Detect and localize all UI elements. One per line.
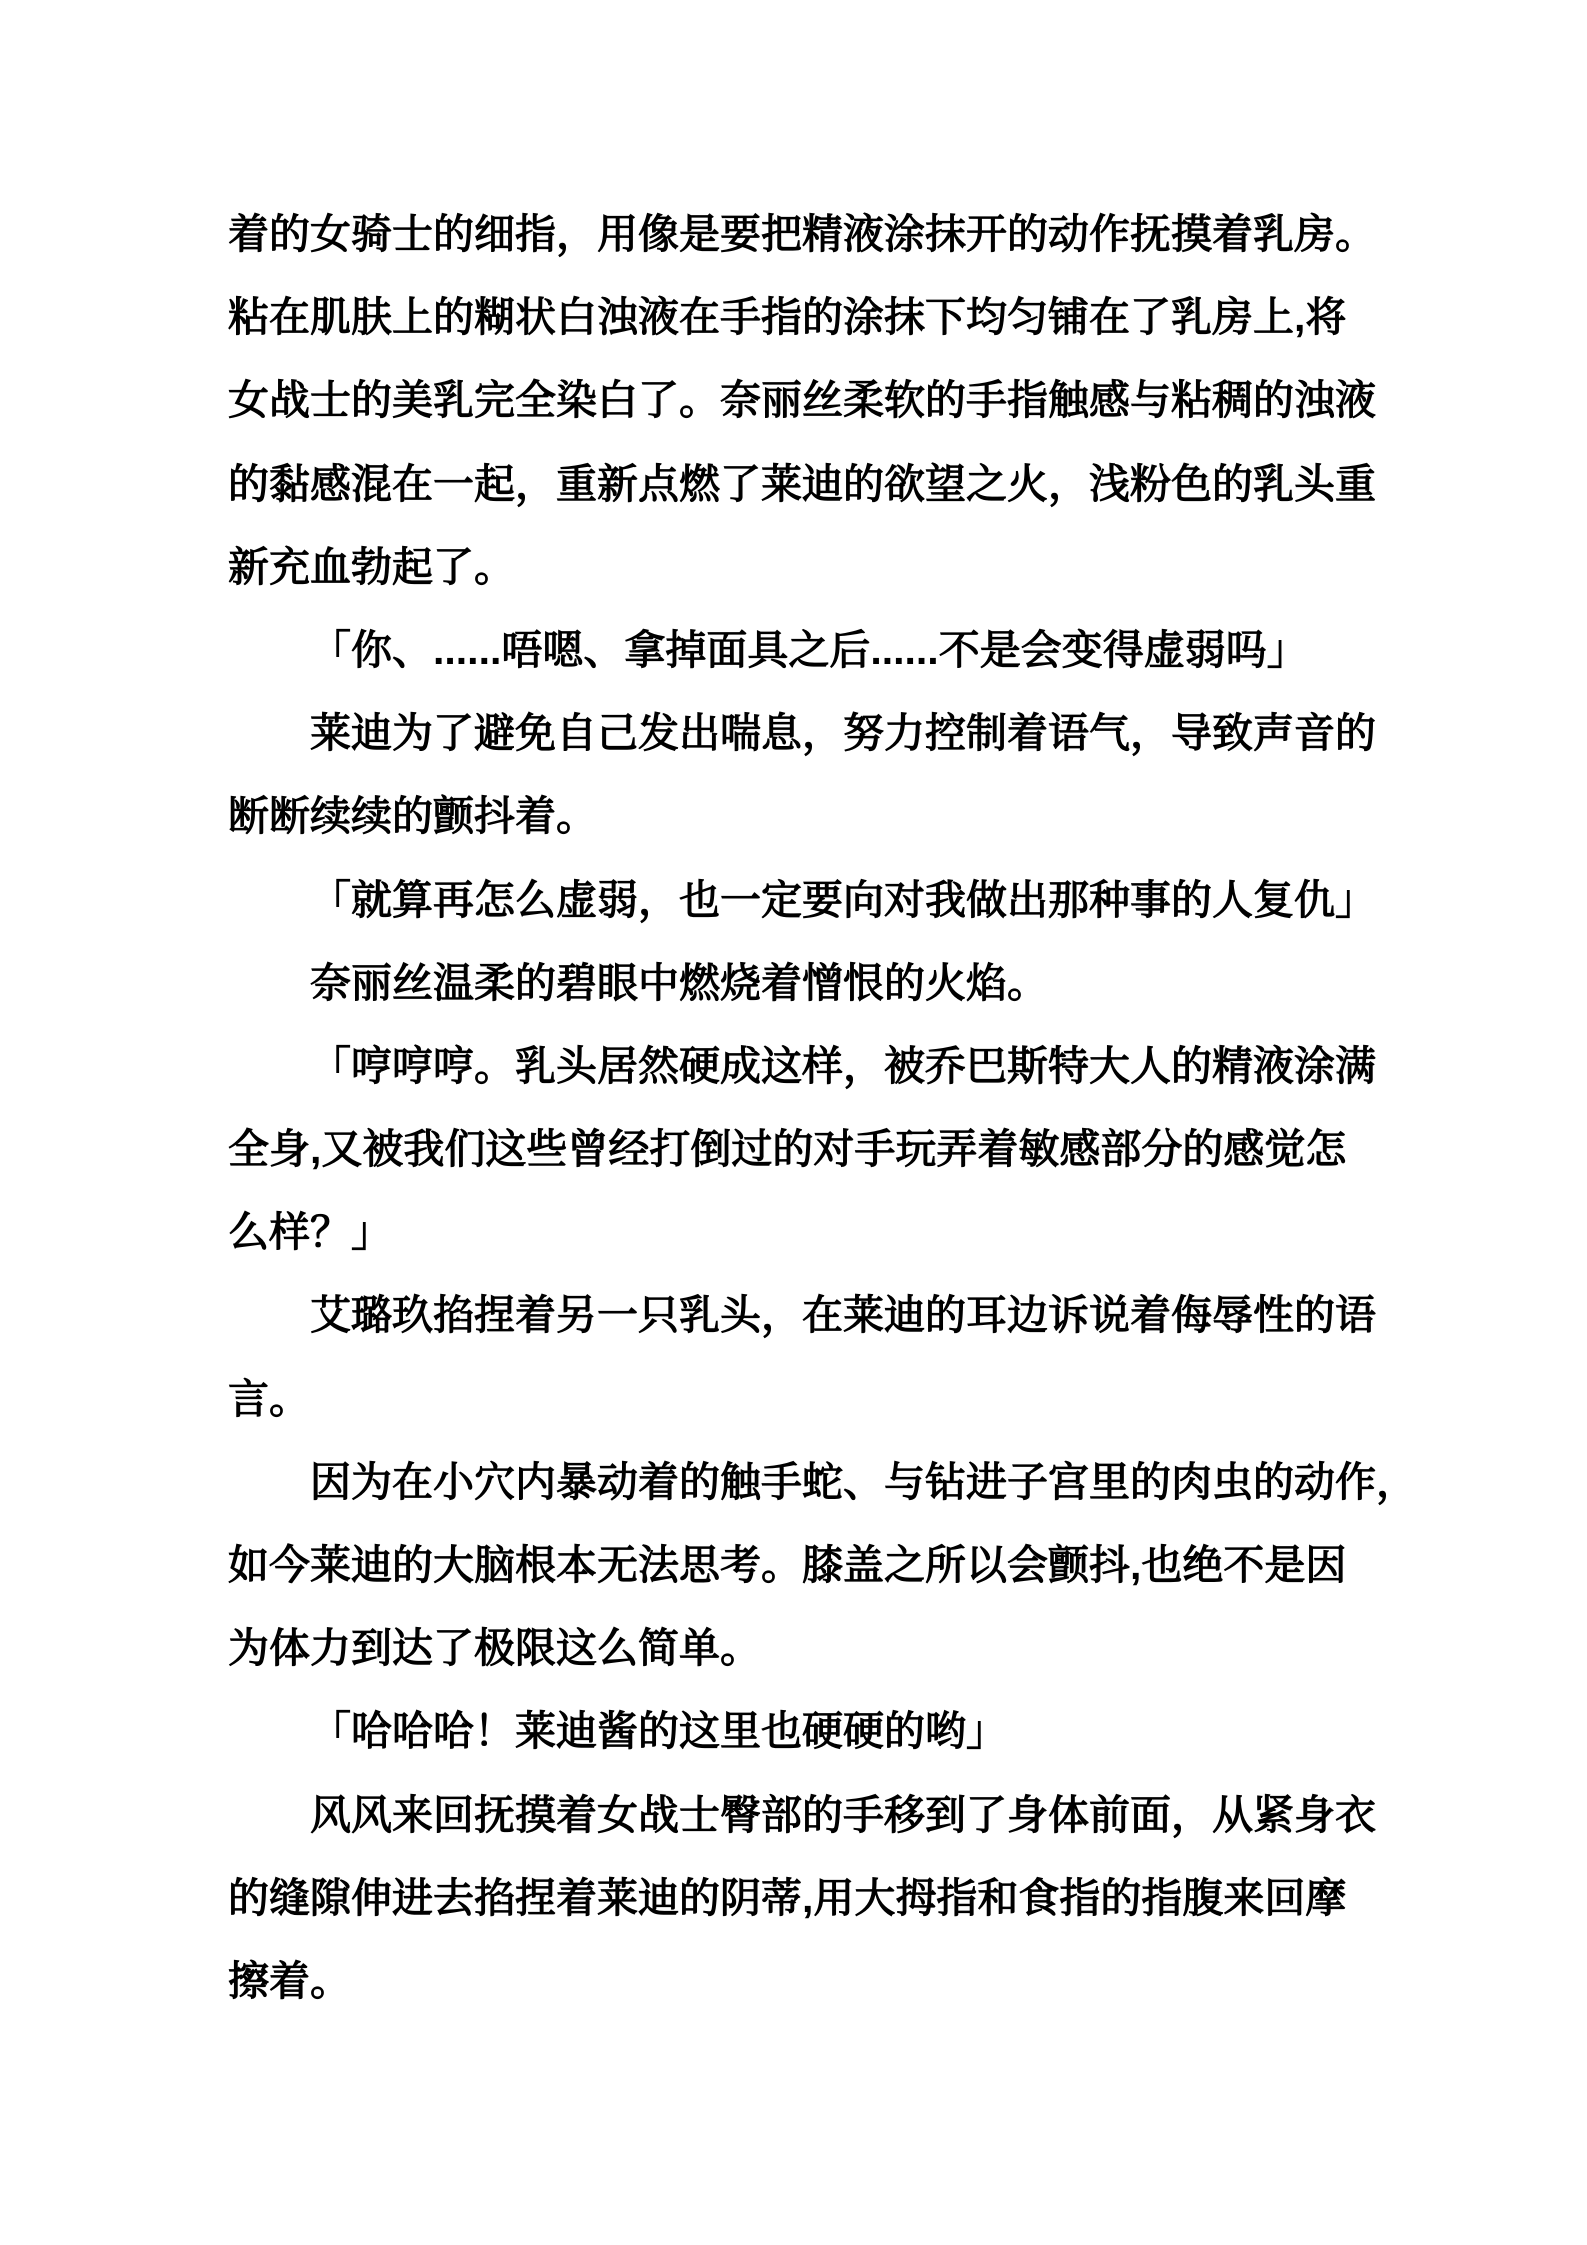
text-line: 「你、......唔嗯、拿掉面具之后......不是会变得虚弱吗」 bbox=[228, 609, 1378, 692]
text-line: 的缝隙伸进去掐捏着莱迪的阴蒂,用大拇指和食指的指腹来回摩 bbox=[228, 1857, 1378, 1940]
paragraph: 着的女骑士的细指，用像是要把精液涂抹开的动作抚摸着乳房。粘在肌肤上的糊状白浊液在… bbox=[228, 193, 1378, 609]
text-line: 风风来回抚摸着女战士臀部的手移到了身体前面，从紧身衣 bbox=[228, 1774, 1378, 1857]
paragraph: 因为在小穴内暴动着的触手蛇、与钻进子宫里的肉虫的动作，如今莱迪的大脑根本无法思考… bbox=[228, 1441, 1378, 1691]
novel-page: 着的女骑士的细指，用像是要把精液涂抹开的动作抚摸着乳房。粘在肌肤上的糊状白浊液在… bbox=[0, 0, 1587, 2245]
text-line: 断断续续的颤抖着。 bbox=[228, 775, 1378, 858]
paragraph: 「你、......唔嗯、拿掉面具之后......不是会变得虚弱吗」 bbox=[228, 609, 1378, 692]
text-line: 「哼哼哼。乳头居然硬成这样，被乔巴斯特大人的精液涂满 bbox=[228, 1025, 1378, 1108]
text-line: 擦着。 bbox=[228, 1940, 1378, 2023]
text-block: 着的女骑士的细指，用像是要把精液涂抹开的动作抚摸着乳房。粘在肌肤上的糊状白浊液在… bbox=[228, 193, 1378, 2023]
paragraph: 「就算再怎么虚弱，也一定要向对我做出那种事的人复仇」 bbox=[228, 859, 1378, 942]
paragraph: 风风来回抚摸着女战士臀部的手移到了身体前面，从紧身衣的缝隙伸进去掐捏着莱迪的阴蒂… bbox=[228, 1774, 1378, 2024]
text-line: 奈丽丝温柔的碧眼中燃烧着憎恨的火焰。 bbox=[228, 942, 1378, 1025]
text-line: 莱迪为了避免自己发出喘息，努力控制着语气，导致声音的 bbox=[228, 692, 1378, 775]
text-line: 粘在肌肤上的糊状白浊液在手指的涂抹下均匀铺在了乳房上,将 bbox=[228, 276, 1378, 359]
paragraph: 奈丽丝温柔的碧眼中燃烧着憎恨的火焰。 bbox=[228, 942, 1378, 1025]
text-line: 如今莱迪的大脑根本无法思考。膝盖之所以会颤抖,也绝不是因 bbox=[228, 1524, 1378, 1607]
text-line: 「哈哈哈！莱迪酱的这里也硬硬的哟」 bbox=[228, 1690, 1378, 1773]
text-line: 全身,又被我们这些曾经打倒过的对手玩弄着敏感部分的感觉怎 bbox=[228, 1108, 1378, 1191]
paragraph: 莱迪为了避免自己发出喘息，努力控制着语气，导致声音的断断续续的颤抖着。 bbox=[228, 692, 1378, 858]
paragraph: 「哼哼哼。乳头居然硬成这样，被乔巴斯特大人的精液涂满全身,又被我们这些曾经打倒过… bbox=[228, 1025, 1378, 1275]
text-line: 的黏感混在一起，重新点燃了莱迪的欲望之火，浅粉色的乳头重 bbox=[228, 443, 1378, 526]
paragraph: 艾璐玖掐捏着另一只乳头，在莱迪的耳边诉说着侮辱性的语言。 bbox=[228, 1274, 1378, 1440]
text-line: 么样？」 bbox=[228, 1191, 1378, 1274]
text-line: 女战士的美乳完全染白了。奈丽丝柔软的手指触感与粘稠的浊液 bbox=[228, 359, 1378, 442]
text-line: 因为在小穴内暴动着的触手蛇、与钻进子宫里的肉虫的动作， bbox=[228, 1441, 1378, 1524]
paragraph: 「哈哈哈！莱迪酱的这里也硬硬的哟」 bbox=[228, 1690, 1378, 1773]
text-line: 言。 bbox=[228, 1358, 1378, 1441]
text-line: 为体力到达了极限这么简单。 bbox=[228, 1607, 1378, 1690]
text-line: 「就算再怎么虚弱，也一定要向对我做出那种事的人复仇」 bbox=[228, 859, 1378, 942]
text-line: 新充血勃起了。 bbox=[228, 526, 1378, 609]
text-line: 着的女骑士的细指，用像是要把精液涂抹开的动作抚摸着乳房。 bbox=[228, 193, 1378, 276]
text-line: 艾璐玖掐捏着另一只乳头，在莱迪的耳边诉说着侮辱性的语 bbox=[228, 1274, 1378, 1357]
